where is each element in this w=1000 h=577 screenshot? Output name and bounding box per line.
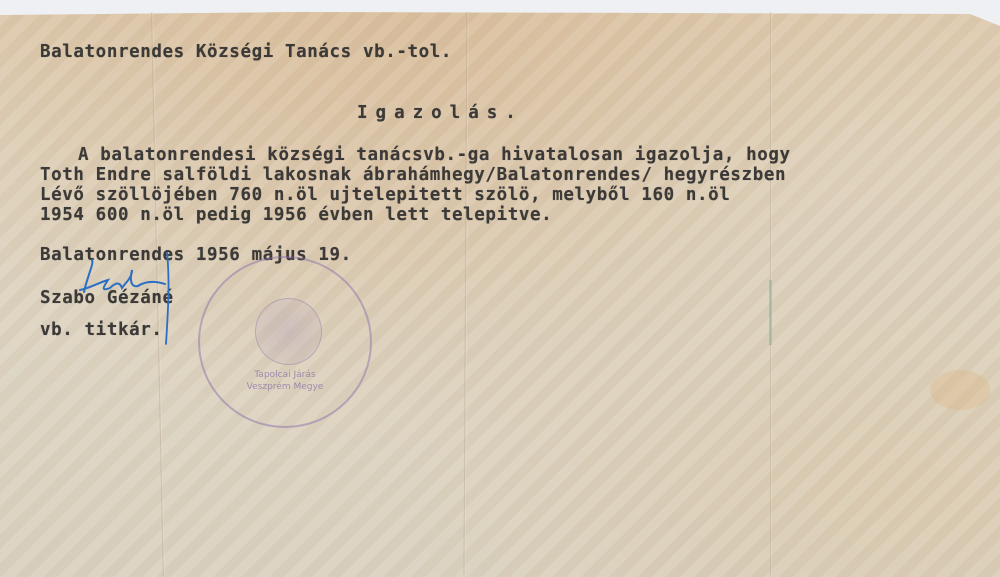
coat-of-arms-icon <box>255 298 322 365</box>
body-line: Lévő szöllöjében 760 n.öl ujtelepitett s… <box>40 185 730 205</box>
handwritten-signature <box>70 252 180 347</box>
document-header: Balatonrendes Községi Tanács vb.-tol. <box>40 42 452 62</box>
stamp-text: Tapolcai Járás <box>230 370 340 380</box>
body-line: Toth Endre salföldi lakosnak ábrahámhegy… <box>40 165 786 185</box>
ink-mark <box>769 280 772 345</box>
document-title: Igazolás. <box>357 103 524 123</box>
body-line: 1954 600 n.öl pedig 1956 évben lett tele… <box>40 205 552 225</box>
stamp-text: Veszprém Megye <box>230 382 340 392</box>
body-line: A balatonrendesi községi tanácsvb.-ga hi… <box>78 145 791 165</box>
official-stamp: Tapolcai Járás Veszprém Megye <box>198 256 372 428</box>
paper-stain <box>930 370 990 410</box>
